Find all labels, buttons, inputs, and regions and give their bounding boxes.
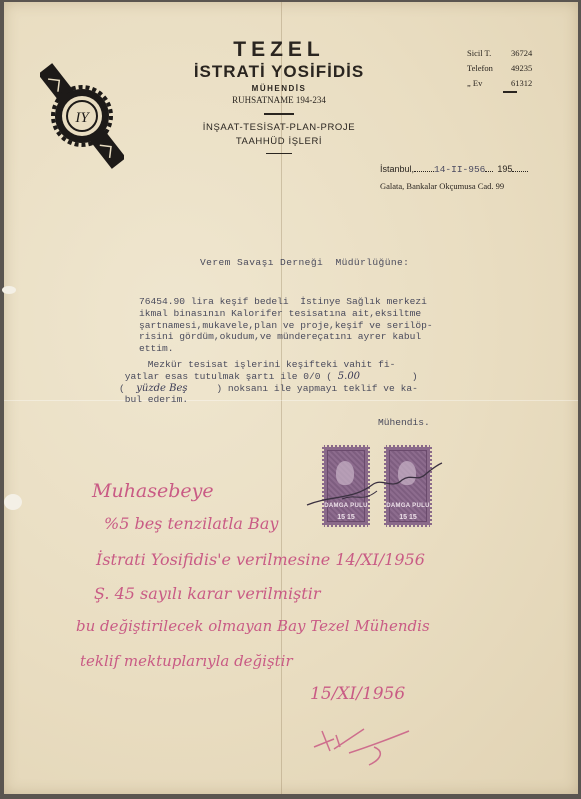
dotted-fill xyxy=(512,171,528,172)
contact-value: 61312 xyxy=(511,78,532,88)
handwritten-date: 15/XI/1956 xyxy=(310,684,405,704)
contact-label: „ Ev xyxy=(467,76,511,91)
body-line: bul ederim. xyxy=(119,394,418,406)
profession-title: MÜHENDİS xyxy=(154,84,404,93)
services-line: TAAHHÜD İŞLERİ xyxy=(154,135,404,149)
contact-label: Telefon xyxy=(467,61,511,76)
handwritten-percent: 5.00 xyxy=(338,371,360,382)
contact-value: 36724 xyxy=(511,48,532,58)
dotted-fill xyxy=(414,171,434,172)
punch-hole xyxy=(4,494,22,510)
handwritten-note: Ş. 45 sayılı karar verilmiştir xyxy=(94,584,320,603)
contact-block: Sicil T.36724 Telefon49235 „ Ev61312 xyxy=(467,46,532,93)
city-label: İstanbul, xyxy=(380,164,414,174)
divider xyxy=(503,91,517,93)
company-owner-name: İSTRATİ YOSİFİDİS xyxy=(154,62,404,82)
body-line: 76454.90 lira keşif bedeli İstinye Sağlı… xyxy=(139,296,433,308)
contact-row: Telefon49235 xyxy=(467,61,532,76)
contact-value: 49235 xyxy=(511,63,532,73)
letter-sheet: IY TEZEL İSTRATİ YOSİFİDİS MÜHENDİS RUHS… xyxy=(4,2,578,794)
handwritten-note: Muhasebeye xyxy=(92,480,214,502)
body-line: şartnamesi,mukavele,plan ve proje,keşif … xyxy=(139,320,433,332)
stamp-value: 15 15 xyxy=(386,514,430,521)
dotted-fill xyxy=(485,171,493,172)
recipient-line: Verem Savaşı Derneği Müdürlüğüne: xyxy=(200,257,409,269)
body-line: Mezkür tesisat işlerini keşifteki vahit … xyxy=(119,359,418,371)
handwritten-note: %5 beş tenzilatla Bay xyxy=(104,514,278,533)
body-line: yatlar esas tutulmak şartı ile 0/0 ( 5.0… xyxy=(119,371,418,383)
address: Galata, Bankalar Okçumusa Cad. 99 xyxy=(380,181,528,191)
services-line: İNŞAAT-TESİSAT-PLAN-PROJE xyxy=(154,121,404,135)
text: ( xyxy=(119,383,136,394)
handwritten-note: bu değiştirilecek olmayan Bay Tezel Mühe… xyxy=(76,617,430,635)
contact-row: Sicil T.36724 xyxy=(467,46,532,61)
text: ) xyxy=(360,371,418,382)
brand-name: TEZEL xyxy=(154,38,404,62)
handwritten-initials-signature-icon xyxy=(304,717,434,777)
letterhead: TEZEL İSTRATİ YOSİFİDİS MÜHENDİS RUHSATN… xyxy=(154,38,404,154)
svg-text:IY: IY xyxy=(74,110,90,126)
letter-body: 76454.90 lira keşif bedeli İstinye Sağlı… xyxy=(139,296,433,355)
handwritten-percent-words: yüzde Beş xyxy=(136,383,187,394)
body-line: ettim. xyxy=(139,343,433,355)
place-date: İstanbul,14-II-956195 Galata, Bankalar O… xyxy=(380,159,528,191)
year-prefix: 195 xyxy=(497,164,512,174)
punch-hole xyxy=(2,286,16,294)
revenue-stamps: DAMGA PULU 15 15 DAMGA PULU 15 15 xyxy=(322,445,440,529)
contact-label: Sicil T. xyxy=(467,46,511,61)
handwritten-note: İstrati Yosifidis'e verilmesine 14/XI/19… xyxy=(96,550,425,569)
handwritten-note: teklif mektuplarıyla değiştir xyxy=(80,652,293,670)
divider xyxy=(266,153,292,154)
typed-date: 14-II-956 xyxy=(434,164,485,175)
letter-body-offer: Mezkür tesisat işlerini keşifteki vahit … xyxy=(119,359,418,406)
license-number: RUHSATNAME 194-234 xyxy=(154,95,404,105)
body-line: risini gördüm,okudum,ve mündereçatını ay… xyxy=(139,331,433,343)
contact-row: „ Ev61312 xyxy=(467,76,532,91)
text: ) noksanı ile yapmayı teklif ve ka- xyxy=(188,383,418,394)
text: yatlar esas tutulmak şartı ile 0/0 ( xyxy=(119,371,338,382)
stamp-cancellation-signature-icon xyxy=(302,455,462,515)
body-line: ikmal binasının Kalorifer tesisatına ait… xyxy=(139,308,433,320)
gear-monogram-logo-icon: IY xyxy=(40,60,124,172)
stamp-value: 15 15 xyxy=(324,514,368,521)
ornament-divider xyxy=(264,113,294,115)
body-line: ( yüzde Beş ) noksanı ile yapmayı teklif… xyxy=(119,383,418,395)
signer-title: Mühendis. xyxy=(378,417,430,429)
